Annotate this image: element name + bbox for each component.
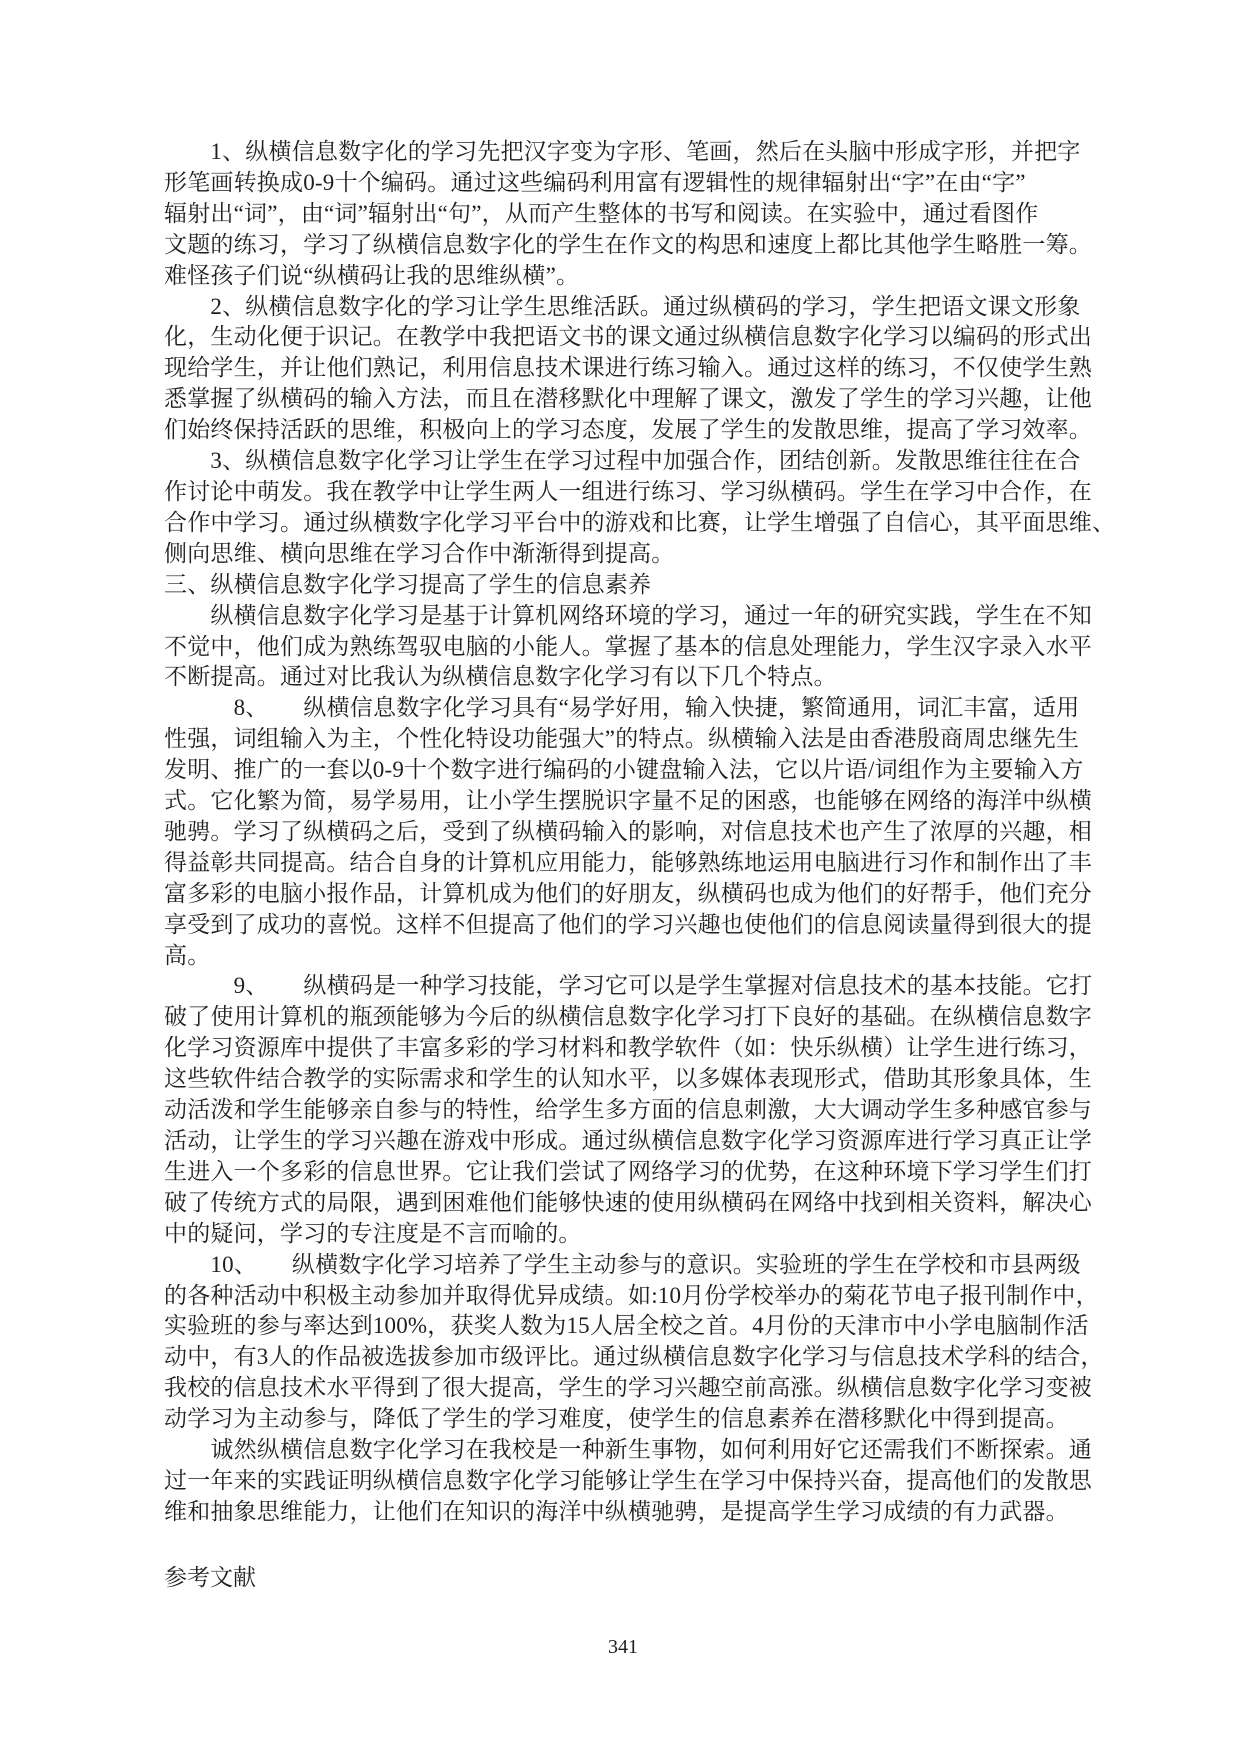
text-line: 化，生动化便于识记。在教学中我把语文书的课文通过纵横信息数字化学习以编码的形式出 — [164, 322, 1104, 353]
text-line: 文题的练习，学习了纵横信息数字化的学生在作文的构思和速度上都比其他学生略胜一筹。 — [164, 230, 1104, 261]
text-line: 难怪孩子们说“纵横码让我的思维纵横”。 — [164, 261, 1104, 292]
text-line: 破了使用计算机的瓶颈能够为今后的纵横信息数字化学习打下良好的基础。在纵横信息数字 — [164, 1002, 1104, 1033]
page-number: 341 — [0, 1636, 1246, 1659]
text-line: 实验班的参与率达到100%，获奖人数为15人居全校之首。4月份的天津市中小学电脑… — [164, 1311, 1104, 1342]
text-line: 过一年来的实践证明纵横信息数字化学习能够让学生在学习中保持兴奋，提高他们的发散思 — [164, 1466, 1104, 1497]
references-heading: 参考文献 — [164, 1563, 256, 1594]
text-line: 纵横信息数字化学习是基于计算机网络环境的学习，通过一年的研究实践，学生在不知 — [164, 601, 1104, 632]
text-line: 不断提高。通过对比我认为纵横信息数字化学习有以下几个特点。 — [164, 662, 1104, 693]
text-line: 侧向思维、横向思维在学习合作中渐渐得到提高。 — [164, 539, 1104, 570]
text-line: 驰骋。学习了纵横码之后，受到了纵横码输入的影响，对信息技术也产生了浓厚的兴趣，相 — [164, 817, 1104, 848]
text-line: 现给学生，并让他们熟记，利用信息技术课进行练习输入。通过这样的练习，不仅使学生熟 — [164, 353, 1104, 384]
text-line: 生进入一个多彩的信息世界。它让我们尝试了网络学习的优势，在这种环境下学习学生们打 — [164, 1157, 1104, 1188]
text-line: 性强，词组输入为主，个性化特设功能强大”的特点。纵横输入法是由香港殷商周忠继先生 — [164, 724, 1104, 755]
text-line: 我校的信息技术水平得到了很大提高，学生的学习兴趣空前高涨。纵横信息数字化学习变被 — [164, 1373, 1104, 1404]
text-line: 作讨论中萌发。我在教学中让学生两人一组进行练习、学习纵横码。学生在学习中合作，在 — [164, 477, 1104, 508]
text-line: 动活泼和学生能够亲自参与的特性，给学生多方面的信息刺激，大大调动学生多种感官参与 — [164, 1095, 1104, 1126]
text-line: 1、纵横信息数字化的学习先把汉字变为字形、笔画，然后在头脑中形成字形，并把字 — [164, 137, 1104, 168]
text-line: 3、纵横信息数字化学习让学生在学习过程中加强合作，团结创新。发散思维往往在合 — [164, 446, 1104, 477]
text-line: 形笔画转换成0-9十个编码。通过这些编码利用富有逻辑性的规律辐射出“字”在由“字… — [164, 168, 1104, 199]
text-line: 这些软件结合教学的实际需求和学生的认知水平，以多媒体表现形式，借助其形象具体，生 — [164, 1064, 1104, 1095]
text-line: 动中，有3人的作品被选拔参加市级评比。通过纵横信息数字化学习与信息技术学科的结合… — [164, 1342, 1104, 1373]
text-line: 高。 — [164, 941, 1104, 972]
text-line: 中的疑问，学习的专注度是不言而喻的。 — [164, 1219, 1104, 1250]
text-line: 2、纵横信息数字化的学习让学生思维活跃。通过纵横码的学习，学生把语文课文形象 — [164, 292, 1104, 323]
document-page: 1、纵横信息数字化的学习先把汉字变为字形、笔画，然后在头脑中形成字形，并把字形笔… — [0, 0, 1246, 1763]
text-line: 辐射出“词”，由“词”辐射出“句”，从而产生整体的书写和阅读。在实验中，通过看图… — [164, 199, 1104, 230]
text-line: 合作中学习。通过纵横数字化学习平台中的游戏和比赛，让学生增强了自信心，其平面思维… — [164, 508, 1104, 539]
text-line: 动学习为主动参与，降低了学生的学习难度，使学生的信息素养在潜移默化中得到提高。 — [164, 1404, 1104, 1435]
text-line: 10、 纵横数字化学习培养了学生主动参与的意识。实验班的学生在学校和市县两级 — [164, 1250, 1104, 1281]
text-line: 化学习资源库中提供了丰富多彩的学习材料和教学软件（如：快乐纵横）让学生进行练习， — [164, 1033, 1104, 1064]
text-line: 三、纵横信息数字化学习提高了学生的信息素养 — [164, 570, 1104, 601]
text-line: 得益彰共同提高。结合自身的计算机应用能力，能够熟练地运用电脑进行习作和制作出了丰 — [164, 848, 1104, 879]
text-line: 破了传统方式的局限，遇到困难他们能够快速的使用纵横码在网络中找到相关资料，解决心 — [164, 1188, 1104, 1219]
text-line: 维和抽象思维能力，让他们在知识的海洋中纵横驰骋，是提高学生学习成绩的有力武器。 — [164, 1497, 1104, 1528]
text-line: 9、 纵横码是一种学习技能，学习它可以是学生掌握对信息技术的基本技能。它打 — [164, 971, 1104, 1002]
text-line: 诚然纵横信息数字化学习在我校是一种新生事物，如何利用好它还需我们不断探索。通 — [164, 1435, 1104, 1466]
text-line: 活动，让学生的学习兴趣在游戏中形成。通过纵横信息数字化学习资源库进行学习真正让学 — [164, 1126, 1104, 1157]
text-line: 悉掌握了纵横码的输入方法，而且在潜移默化中理解了课文，激发了学生的学习兴趣，让他 — [164, 384, 1104, 415]
text-line: 享受到了成功的喜悦。这样不但提高了他们的学习兴趣也使他们的信息阅读量得到很大的提 — [164, 910, 1104, 941]
text-line: 不觉中，他们成为熟练驾驭电脑的小能人。掌握了基本的信息处理能力，学生汉字录入水平 — [164, 632, 1104, 663]
text-line: 式。它化繁为简，易学易用，让小学生摆脱识字量不足的困惑，也能够在网络的海洋中纵横 — [164, 786, 1104, 817]
text-line: 8、 纵横信息数字化学习具有“易学好用，输入快捷，繁简通用，词汇丰富，适用 — [164, 693, 1104, 724]
text-line: 发明、推广的一套以0-9十个数字进行编码的小键盘输入法，它以片语/词组作为主要输… — [164, 755, 1104, 786]
text-line: 们始终保持活跃的思维，积极向上的学习态度，发展了学生的发散思维，提高了学习效率。 — [164, 415, 1104, 446]
document-body: 1、纵横信息数字化的学习先把汉字变为字形、笔画，然后在头脑中形成字形，并把字形笔… — [164, 137, 1104, 1528]
text-line: 富多彩的电脑小报作品，计算机成为他们的好朋友，纵横码也成为他们的好帮手，他们充分 — [164, 879, 1104, 910]
text-line: 的各种活动中积极主动参加并取得优异成绩。如:10月份学校举办的菊花节电子报刊制作… — [164, 1281, 1104, 1312]
